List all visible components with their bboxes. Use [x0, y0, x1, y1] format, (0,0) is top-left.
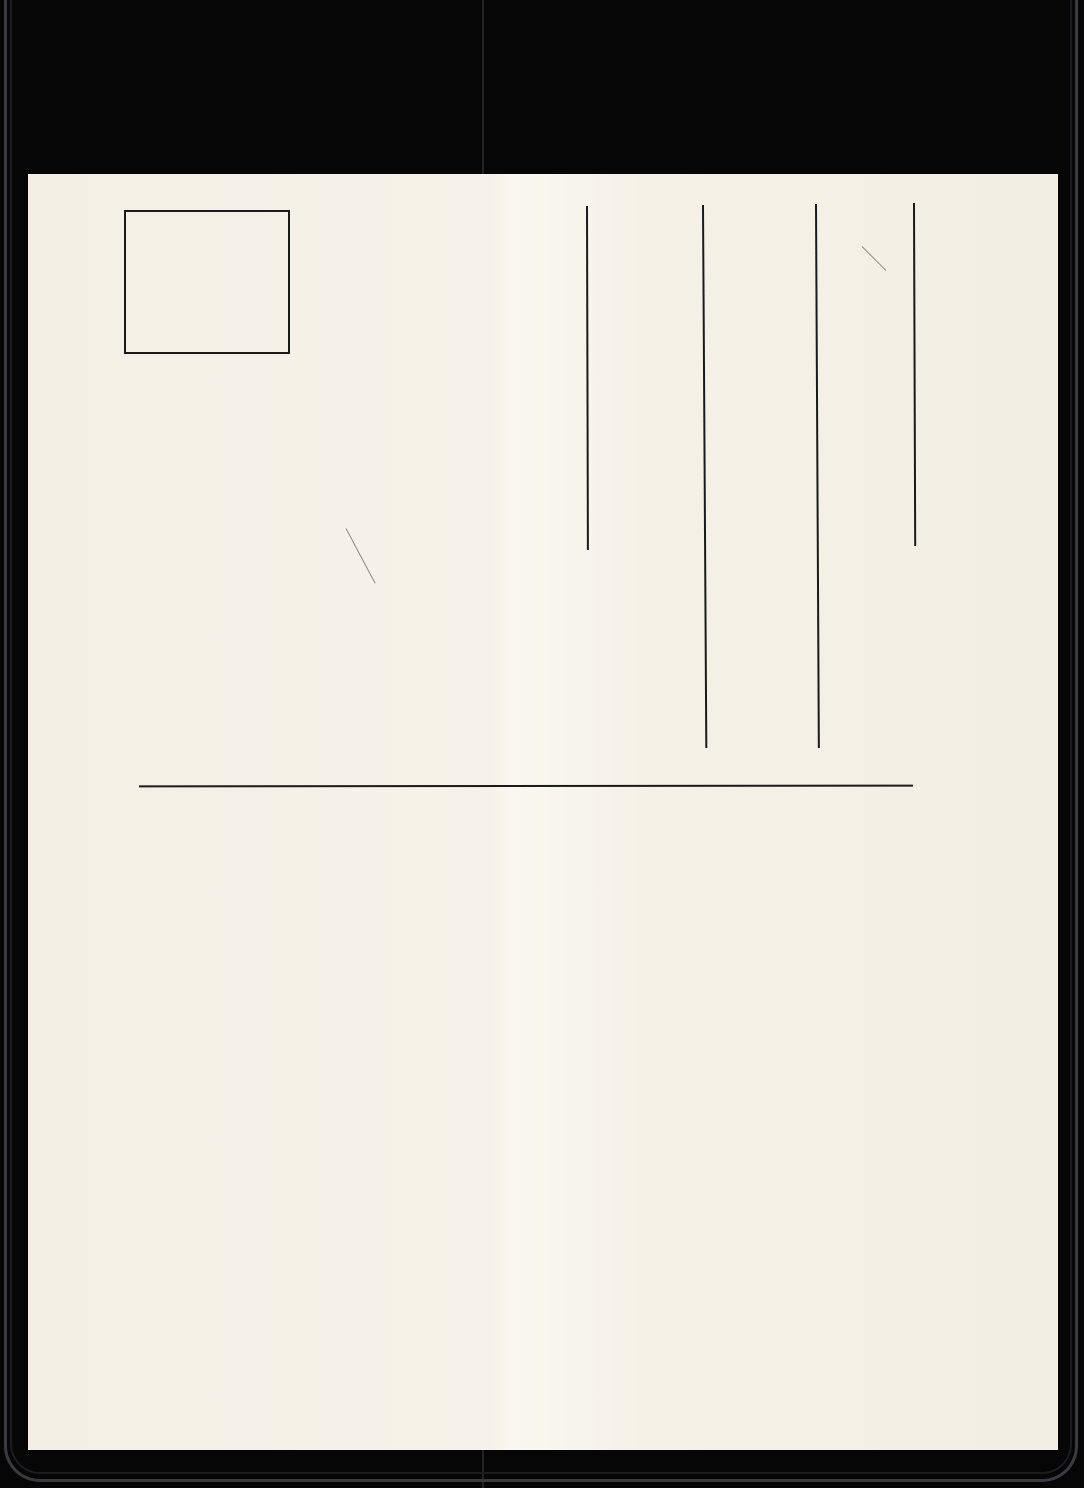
stamp-box [124, 210, 290, 354]
postcard-back [28, 174, 1058, 1450]
